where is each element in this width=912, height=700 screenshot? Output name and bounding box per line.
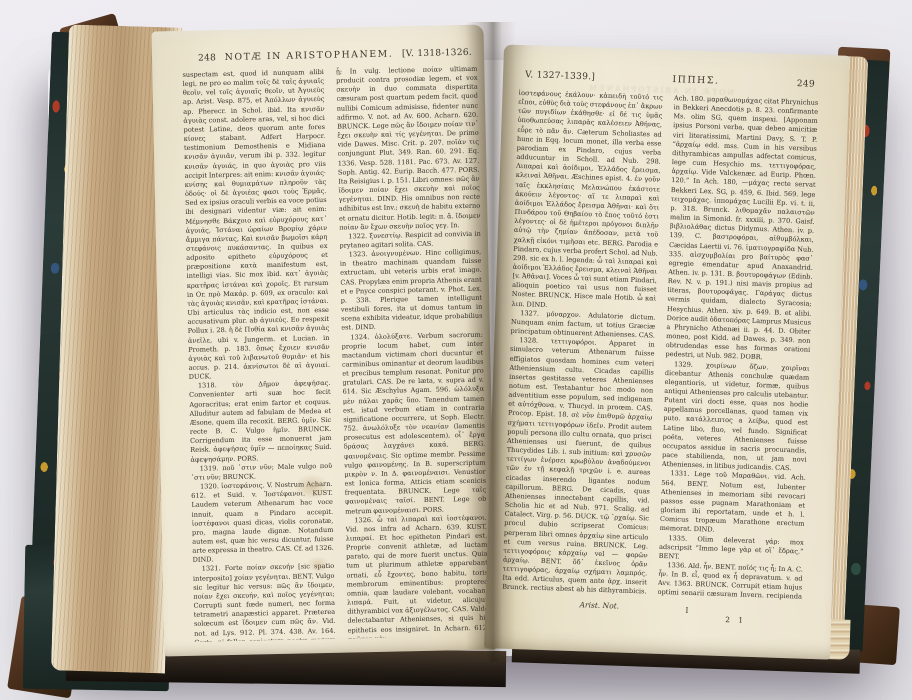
signature-mark-2: 2 1 [725,615,746,625]
note-paragraph: 1336. Ald. ἦν. BENT. ποῖός τις ἦ; In A. … [657,561,803,603]
note-paragraph: 1324. ὀλολύξατε. Verbum sacrorum: propri… [341,330,486,516]
note-paragraph: 1329. χοιρίνων ὄζων. χοιρῖναι dicebantur… [662,359,810,474]
note-paragraph: 1321. Forte ποίαν σκευήν [sic spatio int… [193,562,336,642]
right-page-text-block: ἰοστεφάνους ἐκάλουν· κἀπειδὴ τοῦτό τις ε… [502,89,819,603]
note-paragraph: 1318. τὸν Δῆμον ἀφεψήσας. Convenienter a… [189,379,332,464]
left-page-column-2: ᾖ; In vulg. lectione ποίαν ultimam produ… [336,65,489,639]
verse-range-left-page: [V. 1318-1326. [402,48,472,59]
note-paragraph: Ach. 180. μαραθωνομάχας citat Phrynichus… [665,94,818,364]
running-title: NOTÆ IN ARISTOPHANEM. [225,48,394,63]
left-page-header: 248 NOTÆ IN ARISTOPHANEM. [V. 1318-1326. [198,47,472,64]
note-paragraph: 1320. ἰοστεφάνοις. V. Nostrum Acharn. 61… [191,480,334,565]
verse-range-right-page: V. 1327-1339.] [525,70,595,82]
signature-mark: I [685,606,688,615]
photo-background: 248 NOTÆ IN ARISTOPHANEM. [V. 1318-1326.… [0,0,912,700]
right-page-column-2: Ach. 180. μαραθωνομάχας citat Phrynichus… [657,94,818,603]
left-page-number: 248 [198,53,216,63]
left-page-column-1: suspectam est, quod id nunquam alibi leg… [182,68,335,642]
right-page: NOTÆ IN ARISTOPHANEM V. 1327-1339.] ΙΠΠΗ… [484,44,850,659]
note-paragraph: 1326. ὦ ταὶ λιπαραὶ καὶ ἰοστέφανοι. Vid.… [345,513,489,638]
note-paragraph: 1328. τεττιγοφόροι. Apparet in simulacro… [502,336,655,597]
note-paragraph: ᾖ; In vulg. lectione ποίαν ultimam produ… [336,65,481,233]
left-page-text-block: suspectam est, quod id nunquam alibi leg… [182,65,489,642]
left-page: 248 NOTÆ IN ARISTOPHANEM. [V. 1318-1326.… [151,25,496,657]
right-page-column-1: ἰοστεφάνους ἐκάλουν· κἀπειδὴ τοῦτό τις ε… [502,89,663,598]
volume-footer-title: Arist. Not. [579,600,619,610]
note-paragraph: ἰοστεφάνους ἐκάλουν· κἀπειδὴ τοῦτό τις ε… [511,89,663,313]
note-paragraph: 1323. ἀνοιγνυμένων. Hinc colligimus, in … [340,248,483,333]
note-paragraph: suspectam est, quod id nunquam alibi leg… [182,68,330,382]
note-paragraph: 1331. Lege τοῦ Μαραθῶνι. vid. Ach. 564. … [659,469,806,538]
right-page-number: 249 [797,79,815,90]
play-title-greek: ΙΠΠΗΣ. [672,74,719,87]
